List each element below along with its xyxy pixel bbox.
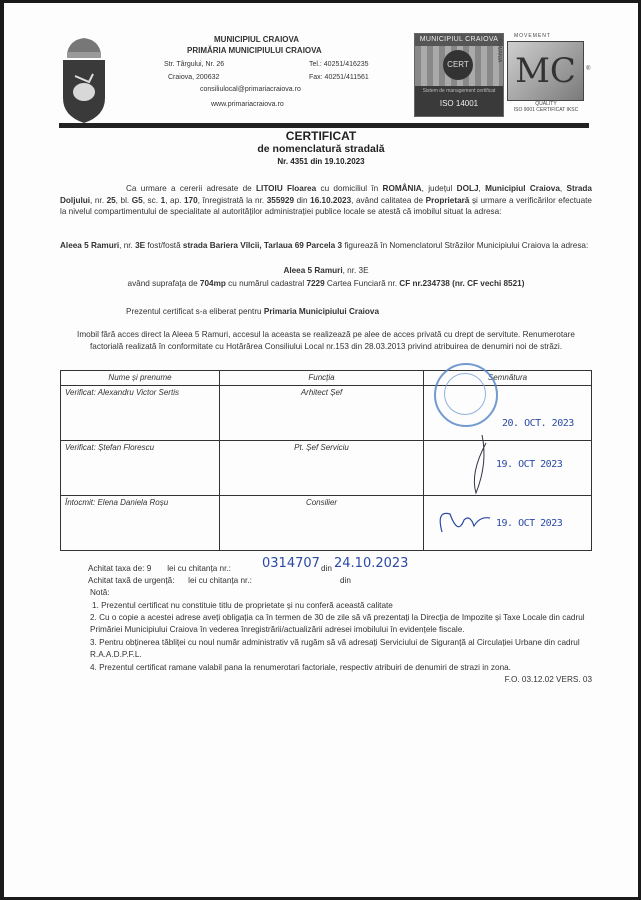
org-email: consiliulocal@primariacraiova.ro [200,85,301,94]
fee-line: Achitat taxa de: 9 lei cu chitanța nr.: [88,563,231,575]
org-fax: Fax: 40251/411561 [309,73,369,82]
certificate-number: Nr. 4351 din 19.10.2023 [4,157,638,166]
org-website: www.primariacraiova.ro [211,100,284,109]
iso-14001-badge: MUNICIPIUL CRAIOVA CERT Sistem de manage… [414,33,504,117]
org-name: MUNICIPIUL CRAIOVA [214,35,299,44]
urgent-din-label: din [340,575,351,587]
org-subname: PRIMĂRIA MUNICIPIULUI CRAIOVA [187,46,322,55]
notes-label: Notă: [90,587,110,599]
form-code: F.O. 03.12.02 VERS. 03 [424,674,592,686]
org-street: Str. Târgului, Nr. 26 [164,60,224,69]
document-page: MUNICIPIUL CRAIOVA PRIMĂRIA MUNICIPIULUI… [4,3,638,897]
handwritten-receipt-number: 0314707 [262,556,320,571]
new-address: Aleea 5 Ramuri, nr. 3E [60,265,592,277]
signer-role: Consilier [220,496,424,551]
handwritten-signature-icon [464,433,494,499]
signer-name: Verificat: Ștefan Florescu [61,441,220,496]
address-paragraph: Aleea 5 Ramuri, nr. 3E fost/fostă strada… [60,240,592,252]
table-row: Întocmit: Elena Daniela Roșu Consilier 1… [61,496,592,551]
official-seal-icon [434,363,498,427]
table-row: Verificat: Alexandru Victor Sertis Arhit… [61,386,592,441]
table-row: Verificat: Ștefan Florescu Pt. Șef Servi… [61,441,592,496]
signature-cell: 19. OCT 2023 [424,441,592,496]
mc-caption: QUALITY ISO 9001 CERTIFICAT IKSC [504,101,588,113]
note-item: 1. Prezentul certificat nu constituie ti… [92,600,592,612]
cert-star-icon: CERT [443,50,473,80]
issued-for: Prezentul certificat s-a eliberat pentru… [126,306,596,318]
date-stamp: 19. OCT 2023 [496,518,562,529]
urgent-fee-line: Achitat taxă de urgență: lei cu chitanța… [88,575,252,587]
org-city: Craiova, 200632 [168,73,219,82]
iso-side-text: ROMANIA [496,39,502,62]
access-note: Imobil fără acces direct la Aleea 5 Ramu… [60,329,592,352]
signer-name: Întocmit: Elena Daniela Roșu [61,496,220,551]
fee-din-label: din [321,563,332,575]
header-divider [59,123,589,128]
former-address: strada Bariera Vîlcii, Tarlaua 69 Parcel… [183,241,342,250]
handwritten-receipt-date: 24.10.2023 [334,556,408,571]
iso-badge-title: MUNICIPIUL CRAIOVA [415,34,503,46]
signature-cell: 19. OCT 2023 [424,496,592,551]
registered-icon: ® [586,66,590,72]
mc-caption-2: ISO 9001 CERTIFICAT IKSC [504,107,588,113]
certificate-subtitle: de nomenclatură stradală [4,143,638,155]
mc-top-text: MOVEMENT [514,33,551,39]
org-tel: Tel.: 40251/416235 [309,60,369,69]
date-stamp: 20. OCT. 2023 [502,418,574,429]
certificate-title: CERTIFICAT [4,129,638,143]
handwritten-signature-icon [434,506,494,540]
signer-name: Verificat: Alexandru Victor Sertis [61,386,220,441]
mc-quality-logo: MC [507,41,584,101]
note-item: 2. Cu o copie a acestei adrese aveți obl… [90,612,596,635]
craiova-coat-of-arms-icon [59,36,109,124]
table-header-row: Nume și prenume Funcția Semnătura [61,371,592,386]
request-paragraph: Ca urmare a cererii adresate de LITOIU F… [60,183,592,218]
col-header-name: Nume și prenume [61,371,220,386]
signer-role: Arhitect Șef [220,386,424,441]
col-header-role: Funcția [220,371,424,386]
note-item: 4. Prezentul certificat ramane valabil p… [90,662,596,674]
iso-badge-label: ISO 14001 [415,99,503,108]
date-stamp: 19. OCT 2023 [496,459,562,470]
signer-role: Pt. Șef Serviciu [220,441,424,496]
property-details: având suprafața de 704mp cu numărul cada… [60,278,592,290]
signatures-table: Nume și prenume Funcția Semnătura Verifi… [60,370,592,551]
applicant-name: LITOIU Floarea [256,184,316,193]
note-item: 3. Pentru obținerea tăbliței cu noul num… [90,637,596,660]
iso-badge-desc: Sistem de management certificat [415,86,503,95]
